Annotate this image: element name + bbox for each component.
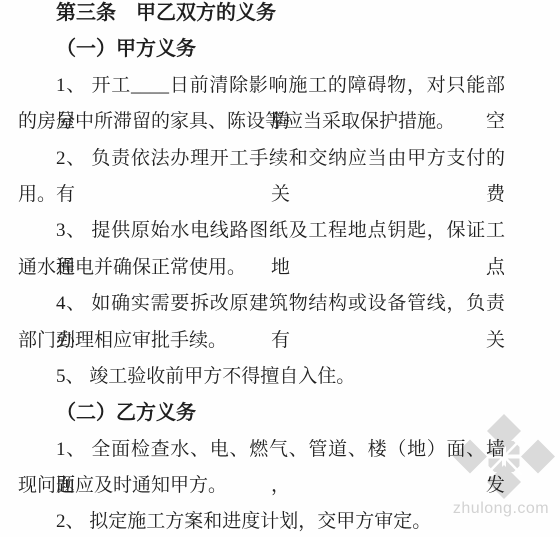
clause-b2: 2、 拟定施工方案和进度计划，交甲方审定。 bbox=[18, 504, 505, 537]
section-heading-party-a: （一）甲方义务 bbox=[18, 31, 505, 67]
clause-a1-line2: 的房屋中所滞留的家具、陈设等应当采取保护措施。 bbox=[18, 104, 505, 140]
clause-a3-line1: 3、 提供原始水电线路图纸及工程地点钥匙，保证工程地点 bbox=[18, 213, 505, 249]
section-heading-party-b: （二）乙方义务 bbox=[18, 395, 505, 431]
clause-a4-line1: 4、 如确实需要拆改原建筑物结构或设备管线，负责到有关 bbox=[18, 286, 505, 322]
clause-a5: 5、 竣工验收前甲方不得擅自入住。 bbox=[18, 359, 505, 395]
contract-page: zhulong.com 第三条 甲乙双方的义务 （一）甲方义务 1、 开工___… bbox=[0, 0, 560, 537]
clause-b1-line1: 1、 全面检查水、电、燃气、管道、楼（地）面、墙面，发 bbox=[18, 432, 505, 468]
clause-a2-line1: 2、 负责依法办理开工手续和交纳应当由甲方支付的有关费 bbox=[18, 141, 505, 177]
article-heading: 第三条 甲乙双方的义务 bbox=[18, 0, 505, 31]
clause-a1-line1: 1、 开工____日前清除影响施工的障碍物，对只能部分腾空 bbox=[18, 68, 505, 104]
contract-text-block: 第三条 甲乙双方的义务 （一）甲方义务 1、 开工____日前清除影响施工的障碍… bbox=[18, 0, 505, 537]
